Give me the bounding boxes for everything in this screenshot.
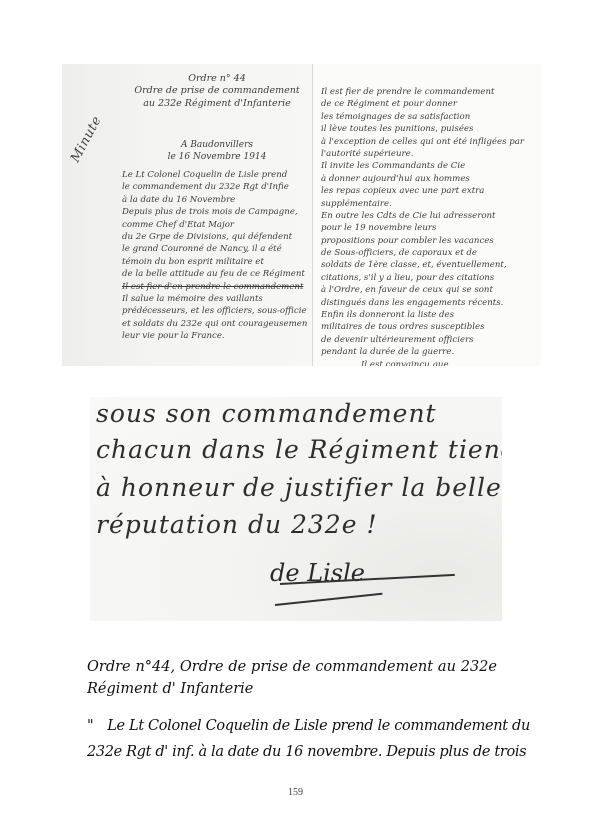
caption-line-2: Régiment d' Infanterie — [87, 678, 497, 700]
scan-right-page: Il est fier de prendre le commandement d… — [312, 64, 541, 366]
right-page-text: Il est fier de prendre le commandement d… — [321, 86, 537, 366]
handwriting-line: réputation du 232e ! — [96, 510, 378, 539]
figure-caption: Ordre n°44, Ordre de prise de commandeme… — [87, 656, 497, 700]
body-paragraph: " Le Lt Colonel Coquelin de Lisle prend … — [87, 713, 499, 765]
scan-left-page: Minute Ordre n° 44 Ordre de prise de com… — [62, 64, 312, 366]
order-heading: Ordre n° 44 Ordre de prise de commandeme… — [132, 72, 302, 109]
handwriting-line: sous son commandement — [96, 399, 437, 428]
handwriting-line: chacun dans le Régiment tiendra — [96, 435, 502, 464]
quote-mark: " — [87, 713, 103, 739]
left-page-text: Le Lt Colonel Coquelin de Lisle prend le… — [122, 169, 307, 342]
scanned-signature-image: sous son commandement chacun dans le Rég… — [90, 397, 502, 621]
scanned-order-image: Minute Ordre n° 44 Ordre de prise de com… — [62, 64, 540, 366]
body-line-2: 232e Rgt d' inf. à la date du 16 novembr… — [87, 739, 499, 765]
document-page: Minute Ordre n° 44 Ordre de prise de com… — [0, 0, 591, 827]
caption-line-1: Ordre n°44, Ordre de prise de commandeme… — [87, 656, 497, 678]
body-line-1: " Le Lt Colonel Coquelin de Lisle prend … — [87, 713, 499, 739]
margin-note: Minute — [68, 114, 105, 165]
signature-underline — [275, 593, 383, 606]
handwriting-line: à honneur de justifier la belle — [96, 473, 502, 502]
page-number: 159 — [0, 787, 591, 798]
order-place-date: A Baudonvillers le 16 Novembre 1914 — [132, 139, 302, 164]
